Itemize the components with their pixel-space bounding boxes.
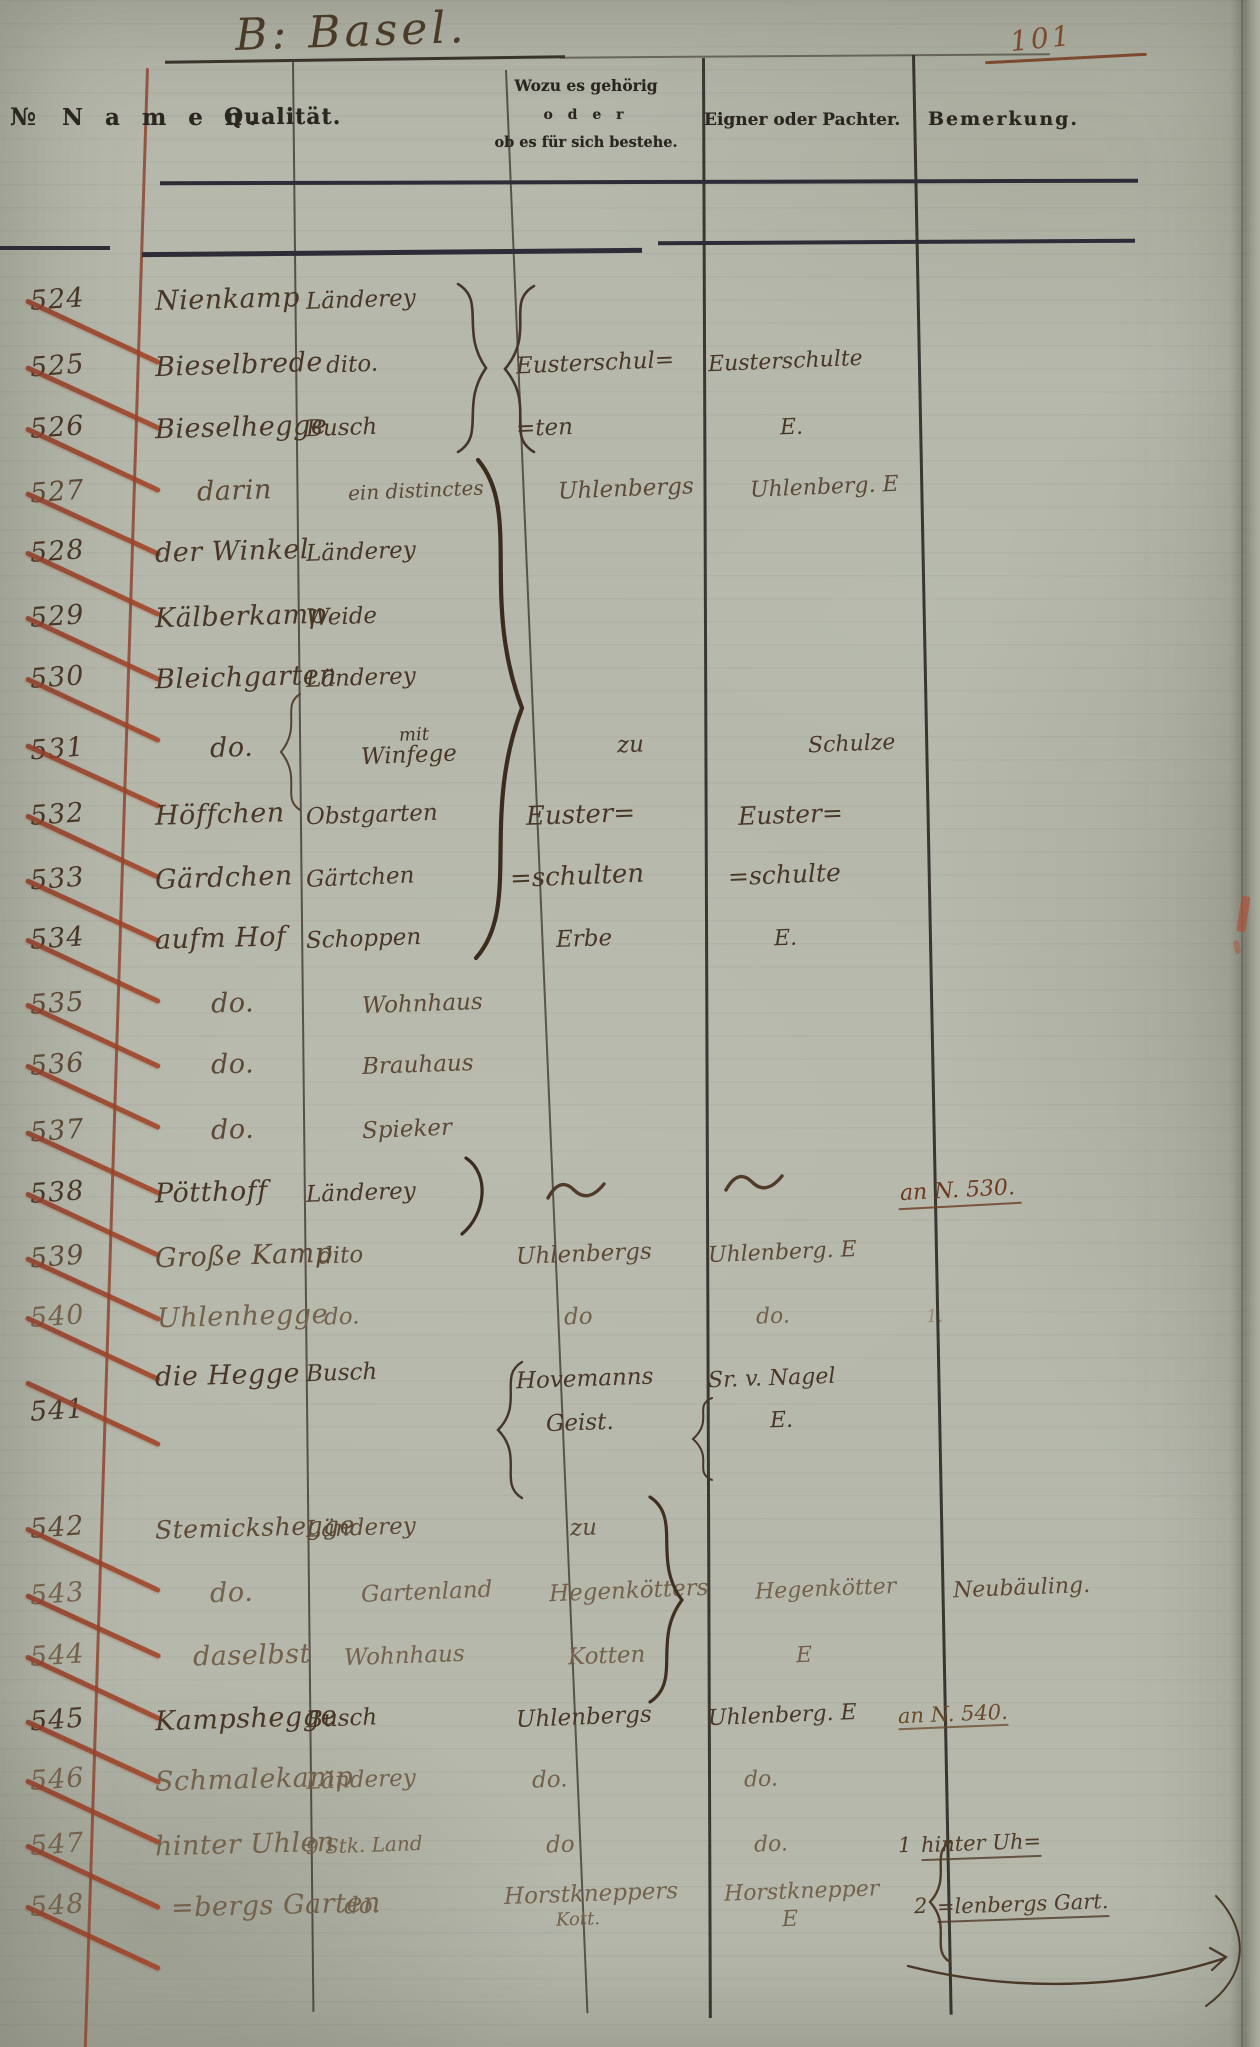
table-row: 538 Pötthoff Länderey an N. 530.	[0, 1161, 1260, 1224]
remark-cell	[890, 1496, 1260, 1559]
quality-cell: Busch	[292, 396, 470, 459]
parcel-name: daselbst	[155, 1624, 330, 1687]
row-number: 543	[0, 1562, 155, 1626]
owner-cell: E	[736, 1624, 928, 1687]
parcel-name: Kampshegge	[155, 1687, 292, 1751]
belonging-cell: Erbe	[470, 907, 698, 970]
col-header-eigner: Eigner oder Pachter.	[704, 110, 900, 130]
table-row: 541 die Hegge Busch HovemannsGeist. Sr. …	[0, 1350, 1260, 1470]
owner-cell: HorstknepperE	[714, 1874, 906, 1937]
belonging-cell: Euster=	[470, 783, 698, 846]
row-number: 539	[0, 1225, 155, 1289]
table-row: 536 do. Brauhaus	[0, 1033, 1260, 1096]
quality-cell: Länderey	[292, 268, 470, 331]
owner-cell: Hegenkötter	[753, 1557, 945, 1621]
quality-cell: Gärtchen	[292, 845, 470, 909]
parcel-name: hinter Uhlen	[155, 1813, 292, 1876]
owner-cell	[754, 1033, 946, 1096]
parcel-name: do.	[155, 1098, 348, 1162]
belonging-cell: Uhlenbergs	[512, 456, 740, 520]
register-page: B: Basel. 101 № N a m e n. Qualität. Woz…	[0, 0, 1260, 2047]
table-row: 545 Kampshegge Busch Uhlenbergs Uhlenber…	[0, 1681, 1260, 1752]
remark-cell	[890, 268, 1260, 331]
row-number: 541	[0, 1350, 155, 1470]
table-row: 539 Große Kamp dito Uhlenbergs Uhlenberg…	[0, 1218, 1260, 1289]
table-row: 524 Nienkamp Länderey	[0, 268, 1260, 331]
belonging-cell: zu	[470, 1496, 698, 1559]
parcel-name: do.	[155, 711, 347, 784]
quality-cell: mitWinfege	[347, 710, 525, 783]
owner-cell	[698, 585, 890, 648]
row-number: 534	[0, 907, 155, 970]
quality-cell: Brauhaus	[348, 1033, 526, 1096]
quality-cell: Obstgarten	[292, 783, 470, 846]
quality-cell: Busch	[292, 1350, 470, 1470]
owner-cell: Eusterschulte	[698, 329, 890, 393]
quality-cell: dito	[292, 1223, 470, 1287]
owner-cell: Sr. v. NagelE.	[698, 1350, 890, 1470]
row-number: 532	[0, 783, 155, 846]
header-rule-seg1	[0, 246, 110, 250]
owner-cell: Uhlenberg. E	[740, 455, 932, 519]
row-number: 538	[0, 1161, 155, 1224]
table-row: 531 do. mitWinfege zu Schulze	[0, 705, 1260, 785]
remark-cell	[932, 453, 1260, 518]
table-row: 525 Bieselbrede dito. Eusterschul= Euste…	[0, 327, 1260, 398]
owner-cell: do.	[700, 1285, 892, 1348]
parcel-name: do.	[155, 1033, 348, 1096]
row-number: 536	[0, 1033, 155, 1096]
remark-cell	[890, 783, 1260, 846]
belonging-cell	[526, 1095, 754, 1159]
row-number: 544	[0, 1624, 155, 1687]
row-number: 526	[0, 396, 155, 459]
table-row: 540 Uhlenhegge do. do do. 1.	[0, 1285, 1260, 1348]
page-number: 101	[1008, 19, 1074, 58]
quality-cell: 9 Stk. Land	[292, 1813, 470, 1876]
remark-cell	[890, 327, 1260, 392]
row-number: 524	[0, 268, 155, 331]
row-number: 545	[0, 1688, 155, 1752]
belonging-cell	[470, 646, 698, 709]
remark-cell: Neubäuling.	[945, 1555, 1260, 1620]
belonging-cell: HorstkneppersKott.	[486, 1874, 714, 1937]
table-row: 544 daselbst Wohnhaus Kotten E	[0, 1624, 1260, 1687]
quality-cell: Länderey	[292, 1748, 470, 1811]
table-row: 547 hinter Uhlen 9 Stk. Land do do. 1hin…	[0, 1813, 1260, 1876]
parcel-name: Schmalekamp	[155, 1748, 292, 1811]
table-row: 530 Bleichgarten Länderey	[0, 646, 1260, 709]
remark-cell	[890, 1218, 1260, 1283]
col-header-no: №	[10, 102, 36, 131]
owner-cell	[698, 268, 890, 331]
remark-cell	[890, 1350, 1260, 1470]
table-row: 529 Kälberkamp Weide	[0, 585, 1260, 648]
parcel-name: =bergs Garten	[155, 1874, 308, 1937]
parcel-name: Nienkamp	[155, 268, 292, 331]
belonging-cell: =schulten	[470, 844, 698, 908]
owner-cell: Schulze	[753, 707, 945, 780]
remark-cell	[928, 1624, 1260, 1687]
parcel-name: der Winkel	[155, 520, 292, 583]
quality-cell: Wohnhaus	[330, 1624, 508, 1687]
quality-cell: Länderey	[292, 520, 470, 583]
flourish-bottom-arrowhead	[1210, 1948, 1226, 1970]
owner-cell: E.	[698, 907, 890, 970]
owner-cell: do.	[698, 1748, 890, 1811]
row-number: 530	[0, 646, 155, 709]
parcel-name: aufm Hof	[155, 907, 292, 970]
col-header-wozu-2: o d e r	[472, 107, 700, 123]
page-edge-line	[1241, 0, 1243, 2047]
row-number: 548	[0, 1874, 155, 1937]
parcel-name: Uhlenhegge	[155, 1285, 294, 1348]
parcel-name: darin	[155, 459, 334, 523]
remark-cell	[890, 585, 1260, 648]
title-underline-ext	[560, 53, 1050, 58]
remark-cell: 1.	[892, 1285, 1260, 1348]
row-number: 527	[0, 460, 155, 524]
belonging-cell	[470, 520, 698, 583]
quality-cell: Busch	[292, 1686, 470, 1750]
col-header-wozu-1: Wozu es gehörig	[472, 76, 700, 95]
parcel-name: Bieselbrede	[155, 333, 292, 397]
remark-cell	[890, 396, 1260, 459]
table-row: 532 Höffchen Obstgarten Euster= Euster=	[0, 783, 1260, 846]
belonging-cell: zu	[525, 708, 753, 781]
entries-table: 524 Nienkamp Länderey 525 Bieselbrede di…	[0, 268, 1260, 1937]
page-edge	[1230, 0, 1260, 2047]
owner-cell: =schulte	[698, 842, 890, 906]
remark-cell	[890, 1748, 1260, 1811]
remark-cell	[945, 705, 1260, 779]
row-number: 529	[0, 585, 155, 648]
remark-cell: an N. 530.	[890, 1161, 1260, 1224]
parcel-name: die Hegge	[155, 1350, 292, 1470]
quality-cell: Wohnhaus	[348, 972, 526, 1035]
parcel-name: Gärdchen	[155, 846, 292, 910]
belonging-cell: =ten	[470, 396, 698, 459]
belonging-cell	[526, 972, 754, 1035]
page-title: B: Basel.	[234, 2, 468, 61]
owner-cell	[698, 1161, 890, 1224]
table-row: 534 aufm Hof Schoppen Erbe E.	[0, 907, 1260, 970]
belonging-cell: HovemannsGeist.	[470, 1350, 698, 1470]
belonging-cell	[470, 585, 698, 648]
table-row: 543 do. Gartenland Hegenkötters Hegenköt…	[0, 1555, 1260, 1626]
remark-cell	[946, 1092, 1260, 1157]
row-number: 537	[0, 1099, 155, 1163]
parcel-name: do.	[155, 1561, 347, 1625]
quality-cell: Schoppen	[292, 907, 470, 970]
belonging-cell: Uhlenbergs	[470, 1222, 698, 1286]
quality-cell: do.	[308, 1874, 486, 1937]
owner-cell: E.	[698, 396, 890, 459]
remark-cell: 1hinter Uh=	[890, 1813, 1260, 1876]
parcel-name: Kälberkamp	[155, 585, 292, 648]
belonging-cell: do	[470, 1813, 698, 1876]
owner-cell	[754, 972, 946, 1035]
belonging-cell: Eusterschul=	[470, 331, 698, 395]
row-number: 531	[0, 712, 155, 785]
owner-cell	[698, 520, 890, 583]
quality-cell: Länderey	[292, 1496, 470, 1559]
belonging-cell: do	[472, 1285, 700, 1348]
row-number: 546	[0, 1748, 155, 1811]
remark-cell	[946, 972, 1260, 1035]
flourish-bottom-arrow	[908, 1958, 1225, 1984]
row-number: 528	[0, 520, 155, 583]
parcel-name: do.	[155, 972, 348, 1035]
owner-cell: Uhlenberg. E	[698, 1220, 890, 1284]
owner-cell	[754, 1094, 946, 1158]
belonging-cell	[470, 1161, 698, 1224]
quality-cell: Spieker	[348, 1097, 526, 1161]
quality-cell: dito.	[292, 332, 470, 396]
row-number: 535	[0, 972, 155, 1035]
table-row: 533 Gärdchen Gärtchen =schulten =schulte	[0, 840, 1260, 911]
remark-cell	[946, 1033, 1260, 1096]
owner-cell	[698, 1496, 890, 1559]
table-row: 527 darin ein distinctes Uhlenbergs Uhle…	[0, 453, 1260, 524]
row-number: 533	[0, 847, 155, 911]
table-row: 548 =bergs Garten do. HorstkneppersKott.…	[0, 1874, 1260, 1937]
table-row: 528 der Winkel Länderey	[0, 520, 1260, 583]
remark-cell	[890, 520, 1260, 583]
parcel-name: Bleichgarten	[155, 646, 292, 709]
col-header-qualitaet: Qualität.	[224, 104, 341, 130]
row-number: 540	[0, 1285, 155, 1348]
owner-cell: Uhlenberg. E	[698, 1683, 890, 1747]
belonging-cell: do.	[470, 1748, 698, 1811]
table-row: 537 do. Spieker	[0, 1092, 1260, 1163]
row-number: 547	[0, 1813, 155, 1876]
quality-cell: Länderey	[292, 646, 470, 709]
table-row: 546 Schmalekamp Länderey do. do.	[0, 1748, 1260, 1811]
belonging-cell	[470, 268, 698, 331]
table-row: 535 do. Wohnhaus	[0, 972, 1260, 1035]
remark-cell: 2=lenbergs Gart.	[906, 1874, 1260, 1937]
remark-cell	[890, 646, 1260, 709]
parcel-name: Bieselhegge	[155, 396, 292, 459]
table-row: 526 Bieselhegge Busch =ten E.	[0, 396, 1260, 459]
owner-cell: Euster=	[698, 783, 890, 846]
quality-cell: Länderey	[292, 1161, 470, 1224]
col-header-bemerkung: Bemerkung.	[928, 108, 1079, 130]
owner-cell	[698, 646, 890, 709]
owner-cell: do.	[698, 1813, 890, 1876]
parcel-name: Große Kamp	[155, 1224, 292, 1288]
remark-cell: an N. 540.	[890, 1681, 1260, 1746]
quality-cell: Gartenland	[347, 1560, 525, 1624]
parcel-name: Höffchen	[155, 783, 292, 846]
row-number: 525	[0, 334, 155, 398]
belonging-cell: Kotten	[508, 1624, 736, 1687]
header-rule-top	[160, 179, 1138, 186]
quality-cell: do.	[294, 1285, 472, 1348]
remark-cell	[890, 840, 1260, 905]
table-row: 542 Stemickshegge Länderey zu	[0, 1496, 1260, 1559]
parcel-name: Stemickshegge	[155, 1496, 292, 1559]
header-rule-seg2	[142, 248, 642, 257]
parcel-name: Pötthoff	[155, 1161, 292, 1224]
header-rule-seg3	[658, 239, 1135, 245]
quality-cell: ein distinctes	[334, 458, 512, 522]
belonging-cell	[526, 1033, 754, 1096]
remark-cell	[890, 907, 1260, 970]
quality-cell: Weide	[292, 585, 470, 648]
row-number: 542	[0, 1496, 155, 1559]
belonging-cell: Hegenkötters	[525, 1558, 753, 1622]
belonging-cell: Uhlenbergs	[470, 1685, 698, 1749]
col-header-wozu-3: ob es für sich bestehe.	[472, 134, 700, 151]
